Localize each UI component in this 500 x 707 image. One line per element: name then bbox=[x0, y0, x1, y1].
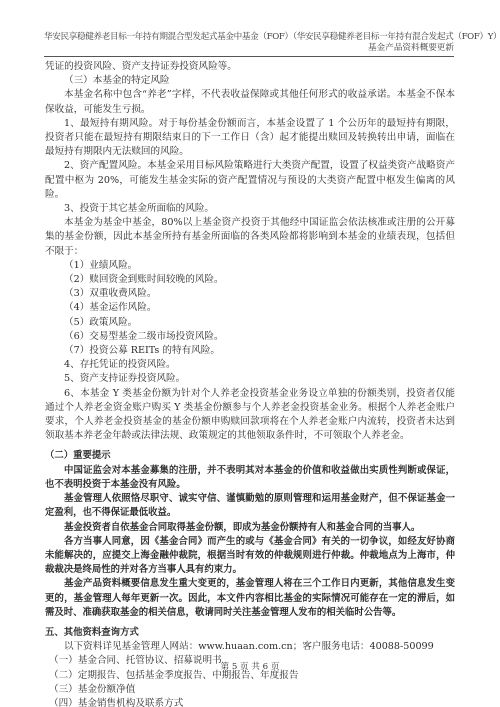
header-doc-title: 基金产品资料概要更新 bbox=[44, 43, 454, 54]
notice-paragraph: 基金管理人依照恪尽职守、诚实守信、谨慎勤勉的原则管理和运用基金财产，但不保证基金… bbox=[45, 492, 455, 520]
other-info-item: （三）基金份额净值 bbox=[45, 683, 455, 697]
notice-paragraph: 基金投资者自依基金合同取得基金份额，即成为基金份额持有人和基金合同的当事人。 bbox=[45, 521, 455, 535]
important-notice-heading: （二）重要提示 bbox=[45, 449, 455, 463]
page-header: 华安民享稳健养老目标一年持有期混合型发起式基金中基金（FOF）（华安民享稳健养老… bbox=[44, 32, 454, 54]
risk-item-2: 2、资产配置风险。本基金采用目标风险策略进行大类资产配置，设置了权益类资产战略资… bbox=[45, 159, 455, 202]
page-number: 第 5 页 共 6 页 bbox=[0, 660, 500, 672]
risk-item-1: 1、最短持有期风险。对于每份基金份额而言，本基金设置了 1 个公历年的最短持有期… bbox=[45, 117, 455, 160]
sub-risk-item: （5）政策风险。 bbox=[45, 316, 455, 330]
other-info-heading: 五、其他资料查询方式 bbox=[45, 626, 455, 640]
other-info-item: （四）基金销售机构及联系方式 bbox=[45, 697, 455, 707]
notice-paragraph: 基金产品资料概要信息发生重大变更的，基金管理人将在三个工作日内更新，其他信息发生… bbox=[45, 577, 455, 620]
notice-paragraph: 各方当事人同意，因《基金合同》而产生的或与《基金合同》有关的一切争议，如经友好协… bbox=[45, 535, 455, 578]
header-fund-name: 华安民享稳健养老目标一年持有期混合型发起式基金中基金（FOF）（华安民享稳健养老… bbox=[44, 32, 454, 43]
specific-risk-subheading: （三）本基金的特定风险 bbox=[45, 74, 455, 88]
sub-risk-item: （3）双重收费风险。 bbox=[45, 287, 455, 301]
risk-item-4: 4、存托凭证的投资风险。 bbox=[45, 358, 455, 372]
header-divider bbox=[44, 56, 454, 57]
risk-intro: 本基金名称中包含“养老”字样，不代表收益保障或其他任何形式的收益承诺。本基金不保… bbox=[45, 88, 455, 116]
sub-risk-item: （7）投资公募 REITs 的特有风险。 bbox=[45, 344, 455, 358]
document-page: 华安民享稳健养老目标一年持有期混合型发起式基金中基金（FOF）（华安民享稳健养老… bbox=[0, 0, 500, 707]
risk-item-5: 5、资产支持证券投资风险。 bbox=[45, 372, 455, 386]
sub-risk-item: （1）业绩风险。 bbox=[45, 259, 455, 273]
continued-line: 凭证的投资风险、资产支持证券投资风险等。 bbox=[45, 60, 455, 74]
sub-risk-item: （4）基金运作风险。 bbox=[45, 301, 455, 315]
sub-risk-item: （2）赎回资金到账时间较晚的风险。 bbox=[45, 273, 455, 287]
risk-item-3-desc: 本基金为基金中基金，80%以上基金资产投资于其他经中国证监会依法核准或注册的公开… bbox=[45, 216, 455, 259]
notice-paragraph: 中国证监会对本基金募集的注册，并不表明其对本基金的价值和收益做出实质性判断或保证… bbox=[45, 464, 455, 492]
sub-risk-item: （6）交易型基金二级市场投资风险。 bbox=[45, 330, 455, 344]
risk-item-6: 6、本基金 Y 类基金份额为针对个人养老金投资基金业务设立单独的份额类别，投资者… bbox=[45, 387, 455, 444]
other-info-intro: 以下资料详见基金管理人网站：www.huaan.com.cn；客户服务电话：40… bbox=[45, 640, 455, 654]
risk-item-3: 3、投资于其它基金所面临的风险。 bbox=[45, 202, 455, 216]
document-body: 凭证的投资风险、资产支持证券投资风险等。 （三）本基金的特定风险 本基金名称中包… bbox=[45, 60, 455, 707]
